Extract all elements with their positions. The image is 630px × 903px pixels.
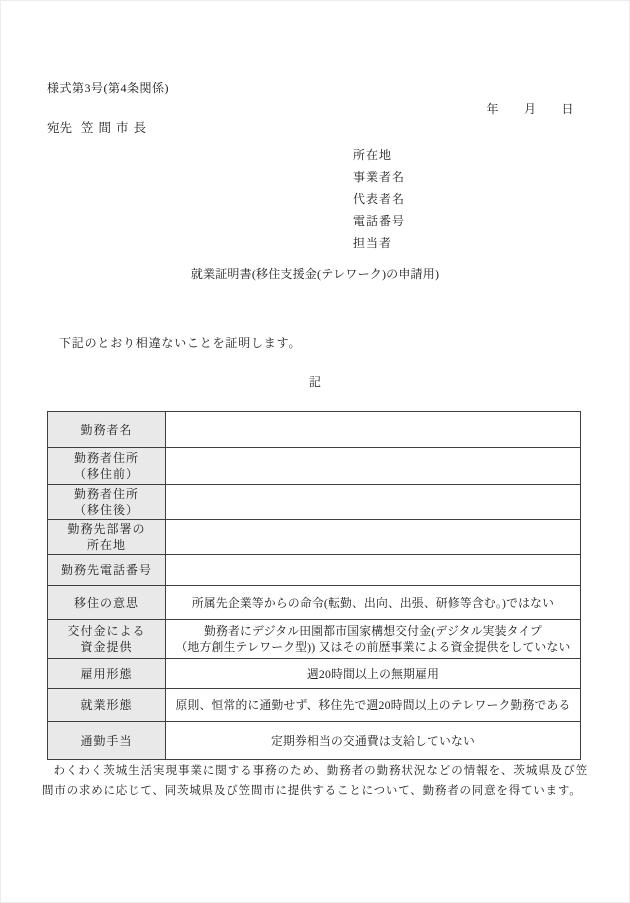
- page-title: 就業証明書(移住支援金(テレワーク)の申請用): [0, 265, 630, 282]
- row-value-address-before: [166, 448, 581, 485]
- table-row: 勤務先電話番号: [48, 555, 581, 586]
- document-page: 様式第3号(第4条関係) 年 月 日 宛先笠間市長 所在地 事業者名 代表者名 …: [0, 0, 630, 903]
- row-value-commute-allowance: 定期券相当の交通費は支給していない: [166, 722, 581, 760]
- company-field-contact-person: 担当者: [353, 232, 405, 254]
- row-value-grant-funding: 勤務者にデジタル田園都市国家構想交付金(デジタル実装タイプ （地方創生テレワーク…: [166, 620, 581, 659]
- addressee-name: 笠間市長: [81, 121, 151, 135]
- row-value-workplace-phone: [166, 555, 581, 586]
- addressee: 宛先笠間市長: [47, 118, 151, 136]
- table-row: 交付金による 資金提供 勤務者にデジタル田園都市国家構想交付金(デジタル実装タイ…: [48, 620, 581, 659]
- table-row: 通勤手当 定期券相当の交通費は支給していない: [48, 722, 581, 760]
- row-value-address-after: [166, 485, 581, 520]
- consent-paragraph: わくわく茨城生活実現事業に関する事務のため、勤務者の勤務状況などの情報を、茨城県…: [42, 762, 588, 801]
- table-row: 雇用形態 週20時間以上の無期雇用: [48, 659, 581, 689]
- row-value-employment-type: 週20時間以上の無期雇用: [166, 659, 581, 689]
- table-row: 勤務者住所 （移住前）: [48, 448, 581, 485]
- form-number: 様式第3号(第4条関係): [47, 79, 169, 96]
- row-label-workplace-location: 勤務先部署の 所在地: [48, 520, 166, 555]
- row-label-worker-name: 勤務者名: [48, 412, 166, 448]
- row-label-workplace-phone: 勤務先電話番号: [48, 555, 166, 586]
- addressee-label: 宛先: [47, 121, 72, 135]
- date-line: 年 月 日: [486, 100, 574, 117]
- table-row: 勤務先部署の 所在地: [48, 520, 581, 555]
- row-value-worker-name: [166, 412, 581, 448]
- ki-label: 記: [0, 373, 630, 390]
- row-value-relocation-intent: 所属先企業等からの命令(転勤、出向、出張、研修等含む。)ではない: [166, 586, 581, 620]
- row-label-grant-funding: 交付金による 資金提供: [48, 620, 166, 659]
- company-field-business-name: 事業者名: [353, 166, 405, 188]
- certify-sentence: 下記のとおり相違ないことを証明します。: [47, 334, 301, 351]
- company-field-phone: 電話番号: [353, 210, 405, 232]
- row-label-address-before: 勤務者住所 （移住前）: [48, 448, 166, 485]
- row-label-address-after: 勤務者住所 （移住後）: [48, 485, 166, 520]
- row-label-commute-allowance: 通勤手当: [48, 722, 166, 760]
- table-row: 勤務者名: [48, 412, 581, 448]
- row-value-workplace-location: [166, 520, 581, 555]
- table-row: 勤務者住所 （移住後）: [48, 485, 581, 520]
- employment-table-body: 勤務者名 勤務者住所 （移住前） 勤務者住所 （移住後） 勤務先部署の 所在地 …: [48, 412, 581, 760]
- employment-table: 勤務者名 勤務者住所 （移住前） 勤務者住所 （移住後） 勤務先部署の 所在地 …: [47, 411, 581, 760]
- row-label-employment-type: 雇用形態: [48, 659, 166, 689]
- row-label-work-style: 就業形態: [48, 689, 166, 722]
- table-row: 移住の意思 所属先企業等からの命令(転勤、出向、出張、研修等含む。)ではない: [48, 586, 581, 620]
- company-field-representative: 代表者名: [353, 188, 405, 210]
- company-field-address: 所在地: [353, 144, 405, 166]
- table-row: 就業形態 原則、恒常的に通勤せず、移住先で週20時間以上のテレワーク勤務である: [48, 689, 581, 722]
- row-value-work-style: 原則、恒常的に通勤せず、移住先で週20時間以上のテレワーク勤務である: [166, 689, 581, 722]
- row-label-relocation-intent: 移住の意思: [48, 586, 166, 620]
- company-info-block: 所在地 事業者名 代表者名 電話番号 担当者: [353, 144, 405, 254]
